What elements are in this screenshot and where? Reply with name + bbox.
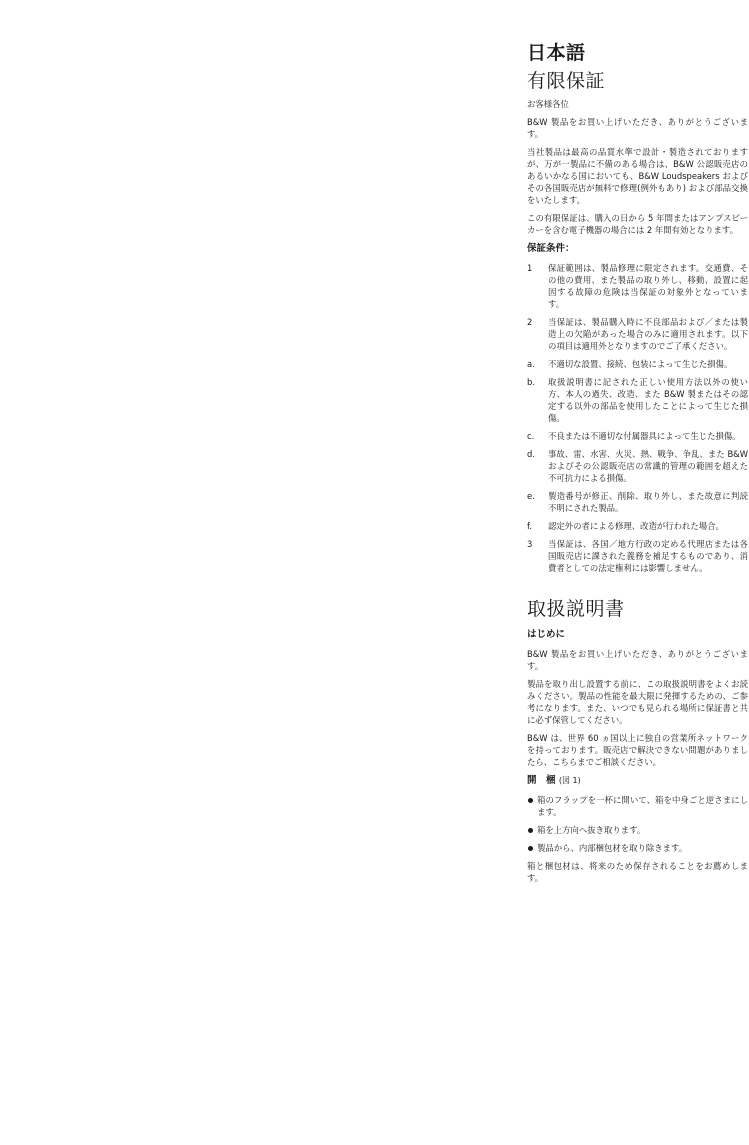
condition-item: 1 保証範囲は、製品修理に限定されます。交通費、その他の費用、また製品の取り外し… [527, 262, 748, 310]
unpacking-step: 箱を上方向へ抜き取ります。 [527, 824, 748, 836]
warranty-paragraph: 当社製品は最高の品質水準で設計・製造されておりますが、万が一製品に不備のある場合… [527, 146, 748, 206]
unpacking-steps: 箱のフラップを一杯に開いて、箱を中身ごと逆さまにします。 箱を上方向へ抜き取りま… [527, 794, 748, 854]
condition-marker: d. [527, 448, 548, 484]
condition-item: 3 当保証は、各国／地方行政の定める代理店または各国販売店に課された義務を補足す… [527, 538, 748, 574]
language-heading: 日本語 [527, 40, 748, 66]
bullet-icon [527, 794, 537, 818]
condition-marker: 2 [527, 316, 548, 352]
condition-marker: 3 [527, 538, 548, 574]
unpacking-step-text: 箱のフラップを一杯に開いて、箱を中身ごと逆さまにします。 [537, 794, 748, 818]
bullet-icon [527, 842, 537, 854]
condition-item: b. 取扱説明書に記された正しい使用方法以外の使い方、本人の過失、改造、また B… [527, 376, 748, 424]
condition-marker: 1 [527, 262, 548, 310]
limited-warranty-section: 有限保証 お客様各位 B&W 製品をお買い上げいただき、ありがとうございます。 … [527, 68, 748, 574]
condition-text: 事故、雷、水害、火災、熱、戦争、争乱、また B&W およびその公認販売店の常識的… [548, 448, 748, 484]
unpacking-heading: 開 梱 (図 1) [527, 774, 748, 787]
warranty-title: 有限保証 [527, 68, 748, 94]
condition-marker: c. [527, 430, 548, 442]
intro-paragraph: B&W は、世界 60 ヵ国以上に独自の営業所ネットワークを持っております。販売… [527, 732, 748, 768]
condition-text: 不適切な設置、接続、包装によって生じた損傷。 [548, 358, 748, 370]
unpacking-step-text: 箱を上方向へ抜き取ります。 [537, 824, 748, 836]
condition-item: a. 不適切な設置、接続、包装によって生じた損傷。 [527, 358, 748, 370]
document-column: 日本語 有限保証 お客様各位 B&W 製品をお買い上げいただき、ありがとうござい… [527, 40, 748, 890]
condition-text: 保証範囲は、製品修理に限定されます。交通費、その他の費用、また製品の取り外し、移… [548, 262, 748, 310]
condition-item: f. 認定外の者による修理、改造が行われた場合。 [527, 520, 748, 532]
unpacking-step: 製品から、内部梱包材を取り除きます。 [527, 842, 748, 854]
closing-paragraph: 箱と梱包材は、将来のため保存されることをお薦めします。 [527, 860, 748, 884]
condition-text: 製造番号が修正、削除、取り外し、また故意に判読不明にされた製品。 [548, 490, 748, 514]
intro-paragraph: 製品を取り出し設置する前に、この取扱説明書をよくお読みください。製品の性能を最大… [527, 678, 748, 726]
condition-item: e. 製造番号が修正、削除、取り外し、また故意に判読不明にされた製品。 [527, 490, 748, 514]
condition-text: 認定外の者による修理、改造が行われた場合。 [548, 520, 748, 532]
condition-text: 当保証は、製品購入時に不良部品および／または製造上の欠陥があった場合のみに適用さ… [548, 316, 748, 352]
condition-item: c. 不良または不適切な付属器具によって生じた損傷。 [527, 430, 748, 442]
condition-item: 2 当保証は、製品購入時に不良部品および／または製造上の欠陥があった場合のみに適… [527, 316, 748, 352]
warranty-paragraph: B&W 製品をお買い上げいただき、ありがとうございます。 [527, 116, 748, 140]
condition-text: 当保証は、各国／地方行政の定める代理店または各国販売店に課された義務を補足するも… [548, 538, 748, 574]
bullet-icon [527, 824, 537, 836]
manual-title: 取扱説明書 [527, 596, 748, 622]
warranty-greeting: お客様各位 [527, 98, 748, 110]
conditions-heading: 保証条件： [527, 242, 748, 255]
condition-marker: e. [527, 490, 548, 514]
condition-marker: f. [527, 520, 548, 532]
instruction-manual-section: 取扱説明書 はじめに B&W 製品をお買い上げいただき、ありがとうございます。 … [527, 596, 748, 884]
intro-heading: はじめに [527, 628, 748, 641]
warranty-paragraph: この有限保証は、購入の日から 5 年間またはアンプスピーカーを含む電子機器の場合… [527, 212, 748, 236]
condition-text: 不良または不適切な付属器具によって生じた損傷。 [548, 430, 748, 442]
intro-paragraph: B&W 製品をお買い上げいただき、ありがとうございます。 [527, 648, 748, 672]
unpacking-step: 箱のフラップを一杯に開いて、箱を中身ごと逆さまにします。 [527, 794, 748, 818]
condition-marker: b. [527, 376, 548, 424]
condition-marker: a. [527, 358, 548, 370]
unpacking-heading-text: 開 梱 [527, 775, 556, 786]
unpacking-step-text: 製品から、内部梱包材を取り除きます。 [537, 842, 748, 854]
conditions-list: 1 保証範囲は、製品修理に限定されます。交通費、その他の費用、また製品の取り外し… [527, 262, 748, 574]
condition-item: d. 事故、雷、水害、火災、熱、戦争、争乱、また B&W およびその公認販売店の… [527, 448, 748, 484]
figure-reference: (図 1) [559, 776, 581, 785]
condition-text: 取扱説明書に記された正しい使用方法以外の使い方、本人の過失、改造、また B&W … [548, 376, 748, 424]
